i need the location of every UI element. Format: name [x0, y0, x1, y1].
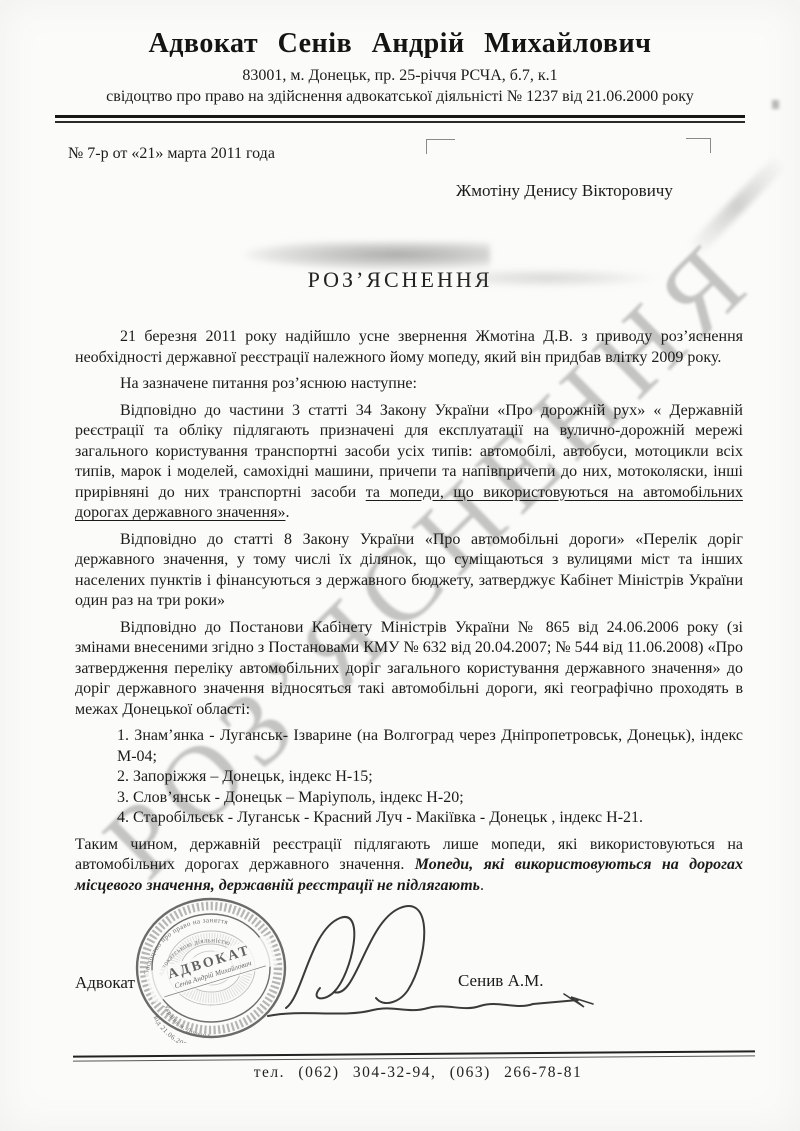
address-corner-mark-right: [686, 138, 711, 153]
list-item: 4. Старобільськ - Луганськ - Красний Луч…: [117, 808, 743, 829]
handwritten-signature: [248, 896, 608, 1031]
signature-role-label: Адвокат: [75, 973, 135, 993]
list-item: 3. Слов’янськ - Донецьк – Маріуполь, інд…: [117, 788, 743, 809]
lawyer-name-heading: Адвокат Сенів Андрій Михайлович: [0, 28, 800, 60]
footer-rule: [73, 1050, 755, 1061]
letterhead-certificate-line: свідоцтво про право на здійснення адвока…: [0, 88, 800, 106]
scanned-letter-page: РОЗ’ЯСНЕННЯ Адвокат Сенів Андрій Михайло…: [0, 0, 800, 1131]
list-item: 2. Запоріжжя – Донецьк, індекс Н-15;: [117, 767, 743, 788]
letterhead: Адвокат Сенів Андрій Михайлович 83001, м…: [0, 0, 800, 123]
paragraph-lead-in: На зазначене питання роз’яснюю наступне:: [75, 374, 743, 395]
footer-phone-line: тел. (062) 304-32-94, (063) 266-78-81: [0, 1064, 800, 1082]
letterhead-double-rule: [55, 115, 745, 123]
paragraph-law-highways: Відповідно до статті 8 Закону України «П…: [75, 530, 743, 612]
address-corner-mark-left: [426, 139, 455, 154]
scan-smudge: [245, 242, 490, 270]
paragraph-intro: 21 березня 2011 року надійшло усне зверн…: [75, 327, 743, 368]
state-roads-list: 1. Знам’янка - Луганськ- Ізварине (на Во…: [117, 726, 743, 829]
sentence-period: .: [480, 877, 484, 894]
addressee-line: Жмотіну Денису Вікторовичу: [456, 181, 800, 201]
paragraph-law-road-traffic: Відповідно до частини 3 статті 34 Закону…: [75, 401, 743, 524]
letterhead-address: 83001, м. Донецьк, пр. 25-річчя РСЧА, б.…: [0, 67, 800, 85]
sentence-period: .: [285, 504, 289, 521]
letter-body: 21 березня 2011 року надійшло усне зверн…: [75, 327, 743, 896]
paragraph-conclusion: Таким чином, державній реєстрації підляг…: [75, 835, 743, 897]
list-item: 1. Знам’янка - Луганськ- Ізварине (на Во…: [117, 726, 743, 767]
paragraph-cabinet-resolution: Відповідно до Постанови Кабінету Міністр…: [75, 618, 743, 721]
